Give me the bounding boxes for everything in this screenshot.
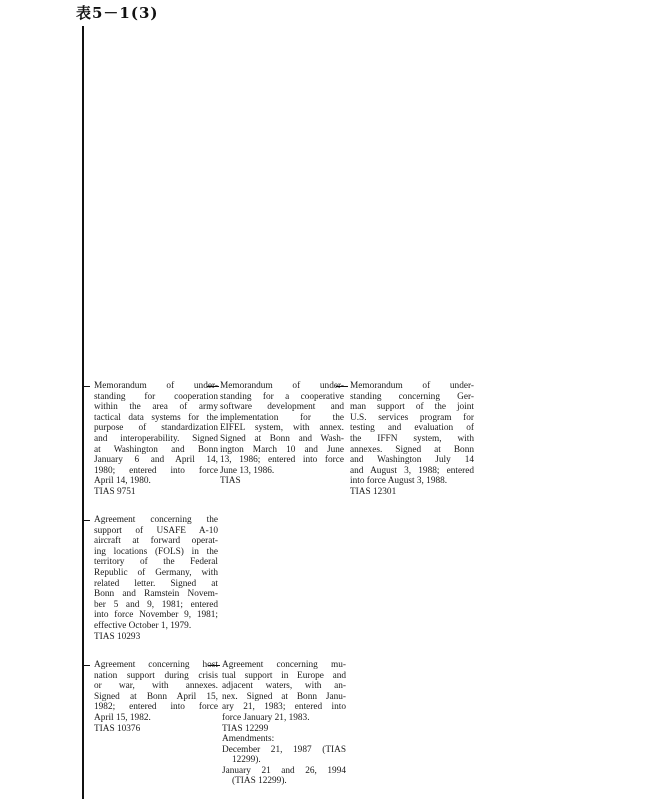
tias-reference: TIAS 9751	[94, 487, 218, 498]
treaty-entry-mutual-support: Agreement concerning mu- tual support in…	[222, 660, 346, 734]
entry-line: and interoperability. Signed	[94, 434, 218, 445]
entry-line: Bonn and Ramstein Novem-	[94, 589, 218, 600]
branch-connector	[336, 386, 348, 387]
tias-reference: TIAS 10293	[94, 632, 218, 643]
tias-reference: TIAS	[220, 476, 344, 487]
entry-line: U.S. services program for	[350, 413, 474, 424]
entry-line: testing and evaluation of	[350, 423, 474, 434]
entry-line: Memorandum of under-	[94, 381, 218, 392]
entry-line: Signed at Bonn and Wash-	[220, 434, 344, 445]
amendment-date: January 21 and 26, 1994	[222, 766, 346, 777]
branch-tick	[83, 665, 90, 666]
page-title: 表5－1(3)	[76, 2, 159, 23]
entry-line: tual support in Europe and	[222, 671, 346, 682]
amendment-date: December 21, 1987 (TIAS	[222, 745, 346, 756]
entry-line: or war, with annexes.	[94, 681, 218, 692]
amendment-item: January 21 and 26, 1994 (TIAS 12299).	[222, 766, 346, 787]
entry-line: standing for a cooperative	[220, 392, 344, 403]
entry-line: man support of the joint	[350, 402, 474, 413]
entry-line: and Washington July 14	[350, 455, 474, 466]
entry-line: Memorandum of under-	[350, 381, 474, 392]
entry-line: the IFFN system, with	[350, 434, 474, 445]
entry-line: standing concerning Ger-	[350, 392, 474, 403]
treaty-entry-host-nation-support: Agreement concerning host nation support…	[94, 660, 218, 734]
entry-line: at Washington and Bonn	[94, 445, 218, 456]
entry-line: into force August 3, 1988.	[350, 476, 474, 487]
amendment-ref: (TIAS 12299).	[222, 776, 346, 787]
entry-line: nex. Signed at Bonn Janu-	[222, 692, 346, 703]
entry-line: implementation for the	[220, 413, 344, 424]
entry-line: support of USAFE A-10	[94, 526, 218, 537]
treaty-entry-usafe-a10: Agreement concerning the support of USAF…	[94, 515, 218, 642]
entry-line: standing for cooperation	[94, 392, 218, 403]
branch-connector	[207, 386, 219, 387]
entry-line: effective October 1, 1979.	[94, 621, 218, 632]
entry-line: ing locations (FOLS) in the	[94, 547, 218, 558]
amendment-item: December 21, 1987 (TIAS 12299).	[222, 745, 346, 766]
entry-line: Agreement concerning mu-	[222, 660, 346, 671]
entry-line: 1980; entered into force	[94, 466, 218, 477]
entry-line: 1982; entered into force	[94, 702, 218, 713]
tree-trunk-line	[82, 26, 84, 799]
entry-line: into force November 9, 1981;	[94, 610, 218, 621]
entry-line: Republic of Germany, with	[94, 568, 218, 579]
amendments-heading: Amendments:	[222, 734, 346, 745]
entry-line: April 14, 1980.	[94, 476, 218, 487]
entry-line: nation support during crisis	[94, 671, 218, 682]
amendment-ref: 12299).	[222, 755, 346, 766]
entry-line: within the area of army	[94, 402, 218, 413]
entry-line: annexes. Signed at Bonn	[350, 445, 474, 456]
tias-reference: TIAS 12299	[222, 724, 346, 735]
entry-line: Memorandum of under-	[220, 381, 344, 392]
entry-line: ington March 10 and June	[220, 445, 344, 456]
entry-line: Agreement concerning the	[94, 515, 218, 526]
entry-line: 13, 1986; entered into force	[220, 455, 344, 466]
entry-line: Agreement concerning host	[94, 660, 218, 671]
tias-reference: TIAS 12301	[350, 487, 474, 498]
entry-line: January 6 and April 14,	[94, 455, 218, 466]
entry-line: ary 21, 1983; entered into	[222, 702, 346, 713]
amendments-block: Amendments: December 21, 1987 (TIAS 1229…	[222, 734, 346, 787]
treaty-entry-iffn-system: Memorandum of under- standing concerning…	[350, 381, 474, 498]
entry-line: force January 21, 1983.	[222, 713, 346, 724]
tias-reference: TIAS 10376	[94, 724, 218, 735]
treaty-entry-eifel-system: Memorandum of under- standing for a coop…	[220, 381, 344, 487]
entry-line: EIFEL system, with annex.	[220, 423, 344, 434]
entry-line: software development and	[220, 402, 344, 413]
entry-line: aircraft at forward operat-	[94, 536, 218, 547]
entry-line: related letter. Signed at	[94, 579, 218, 590]
entry-line: Signed at Bonn April 15,	[94, 692, 218, 703]
branch-tick	[83, 386, 90, 387]
branch-connector	[208, 665, 220, 666]
entry-line: and August 3, 1988; entered	[350, 466, 474, 477]
entry-line: territory of the Federal	[94, 557, 218, 568]
entry-line: adjacent waters, with an-	[222, 681, 346, 692]
entry-line: June 13, 1986.	[220, 466, 344, 477]
entry-line: tactical data systems for the	[94, 413, 218, 424]
treaty-entry-army-tactical-data: Memorandum of under- standing for cooper…	[94, 381, 218, 498]
branch-tick	[83, 520, 90, 521]
entry-line: ber 5 and 9, 1981; entered	[94, 600, 218, 611]
entry-line: April 15, 1982.	[94, 713, 218, 724]
entry-line: purpose of standardization	[94, 423, 218, 434]
